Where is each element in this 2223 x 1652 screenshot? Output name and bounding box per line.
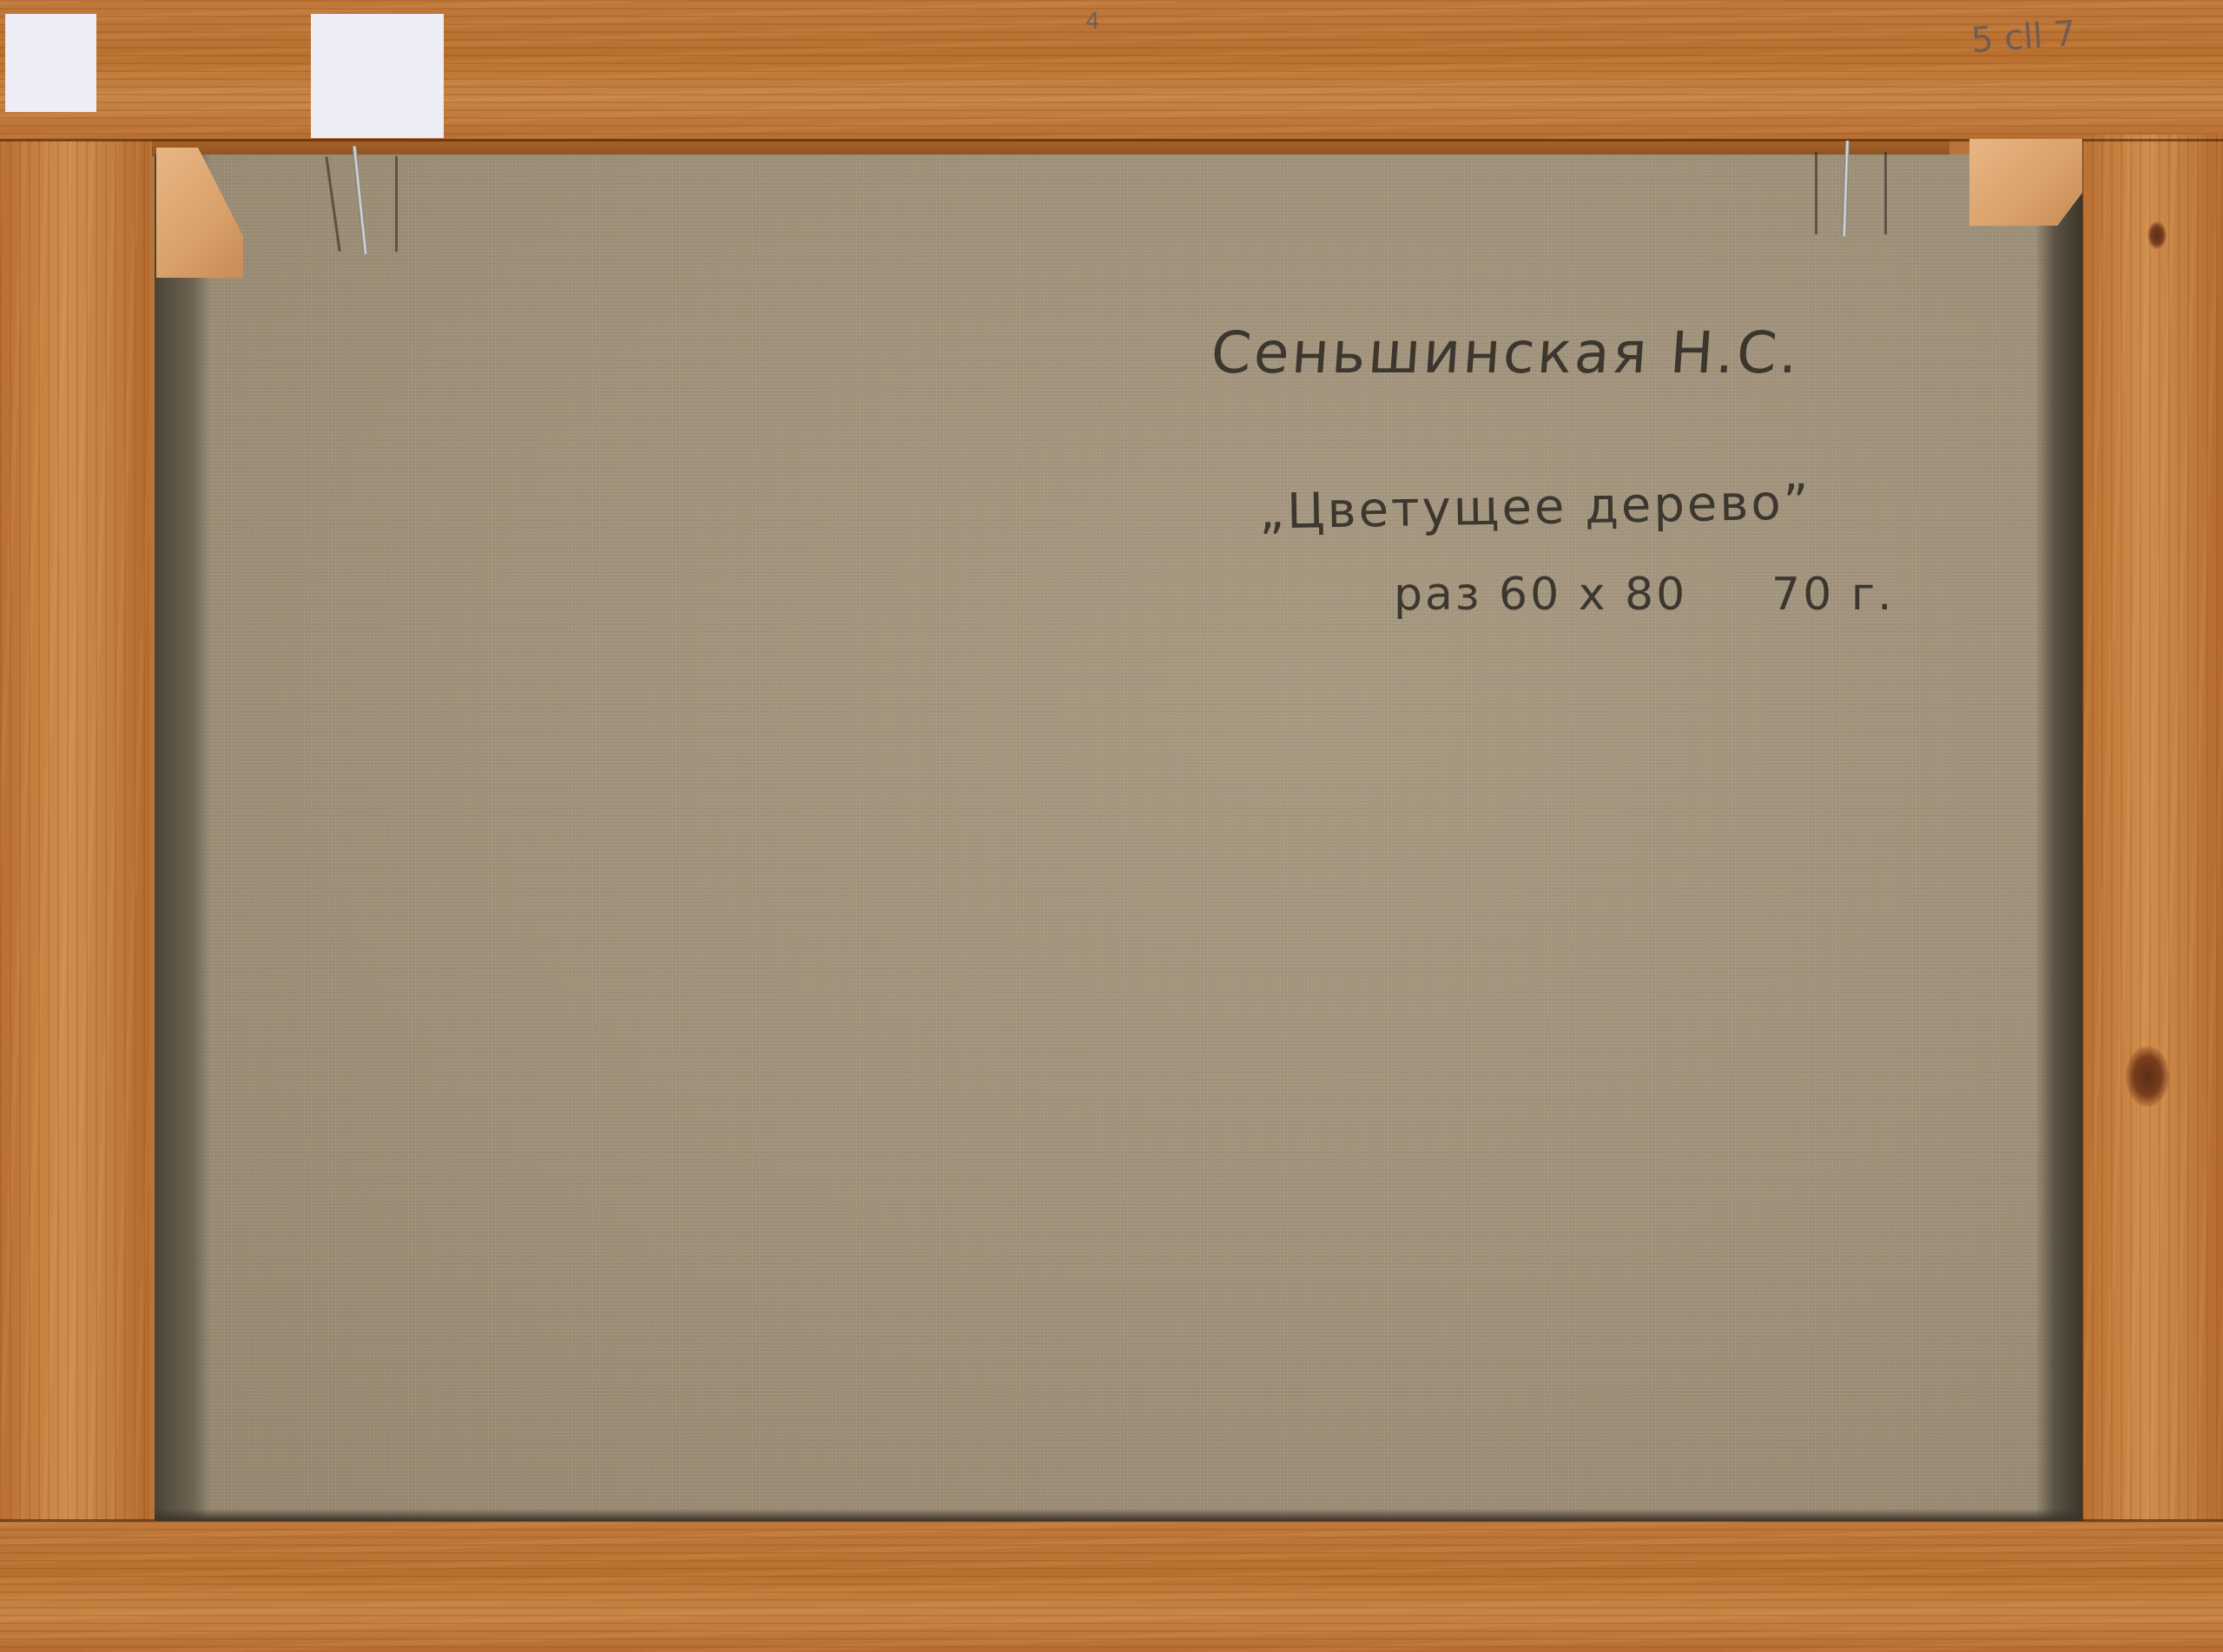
nail-shadow [1884,152,1887,234]
size-inscription: раз 60 x 80 [1394,569,1687,621]
wood-knot [2147,221,2167,249]
frame-bottom-rail [0,1521,2223,1652]
frame-inner-lip [152,139,1949,156]
top-pencil-mark: 4 [1085,9,1100,35]
canvas-shadow-left [155,155,210,1521]
frame-seam-top [0,139,2223,142]
stretcher-key-right [1969,139,2082,226]
artist-inscription: Сеньшинская Н.С. [1209,319,1803,386]
nail-shadow [395,156,398,252]
year-inscription: 70 г. [1771,569,1895,621]
wood-knot [2126,1046,2169,1107]
frame-right-stile [2082,135,2223,1521]
nail-shadow [1815,152,1817,234]
canvas-shadow-right [2035,155,2082,1521]
blank-sticker-left [5,14,96,112]
frame-left-stile [0,141,149,1521]
inventory-pencil-mark: 5 cll 7 [1970,14,2077,61]
blank-sticker-right [311,14,444,138]
canvas-shadow-bottom [155,1509,2082,1521]
title-inscription: „Цветущее дерево” [1258,474,1811,540]
